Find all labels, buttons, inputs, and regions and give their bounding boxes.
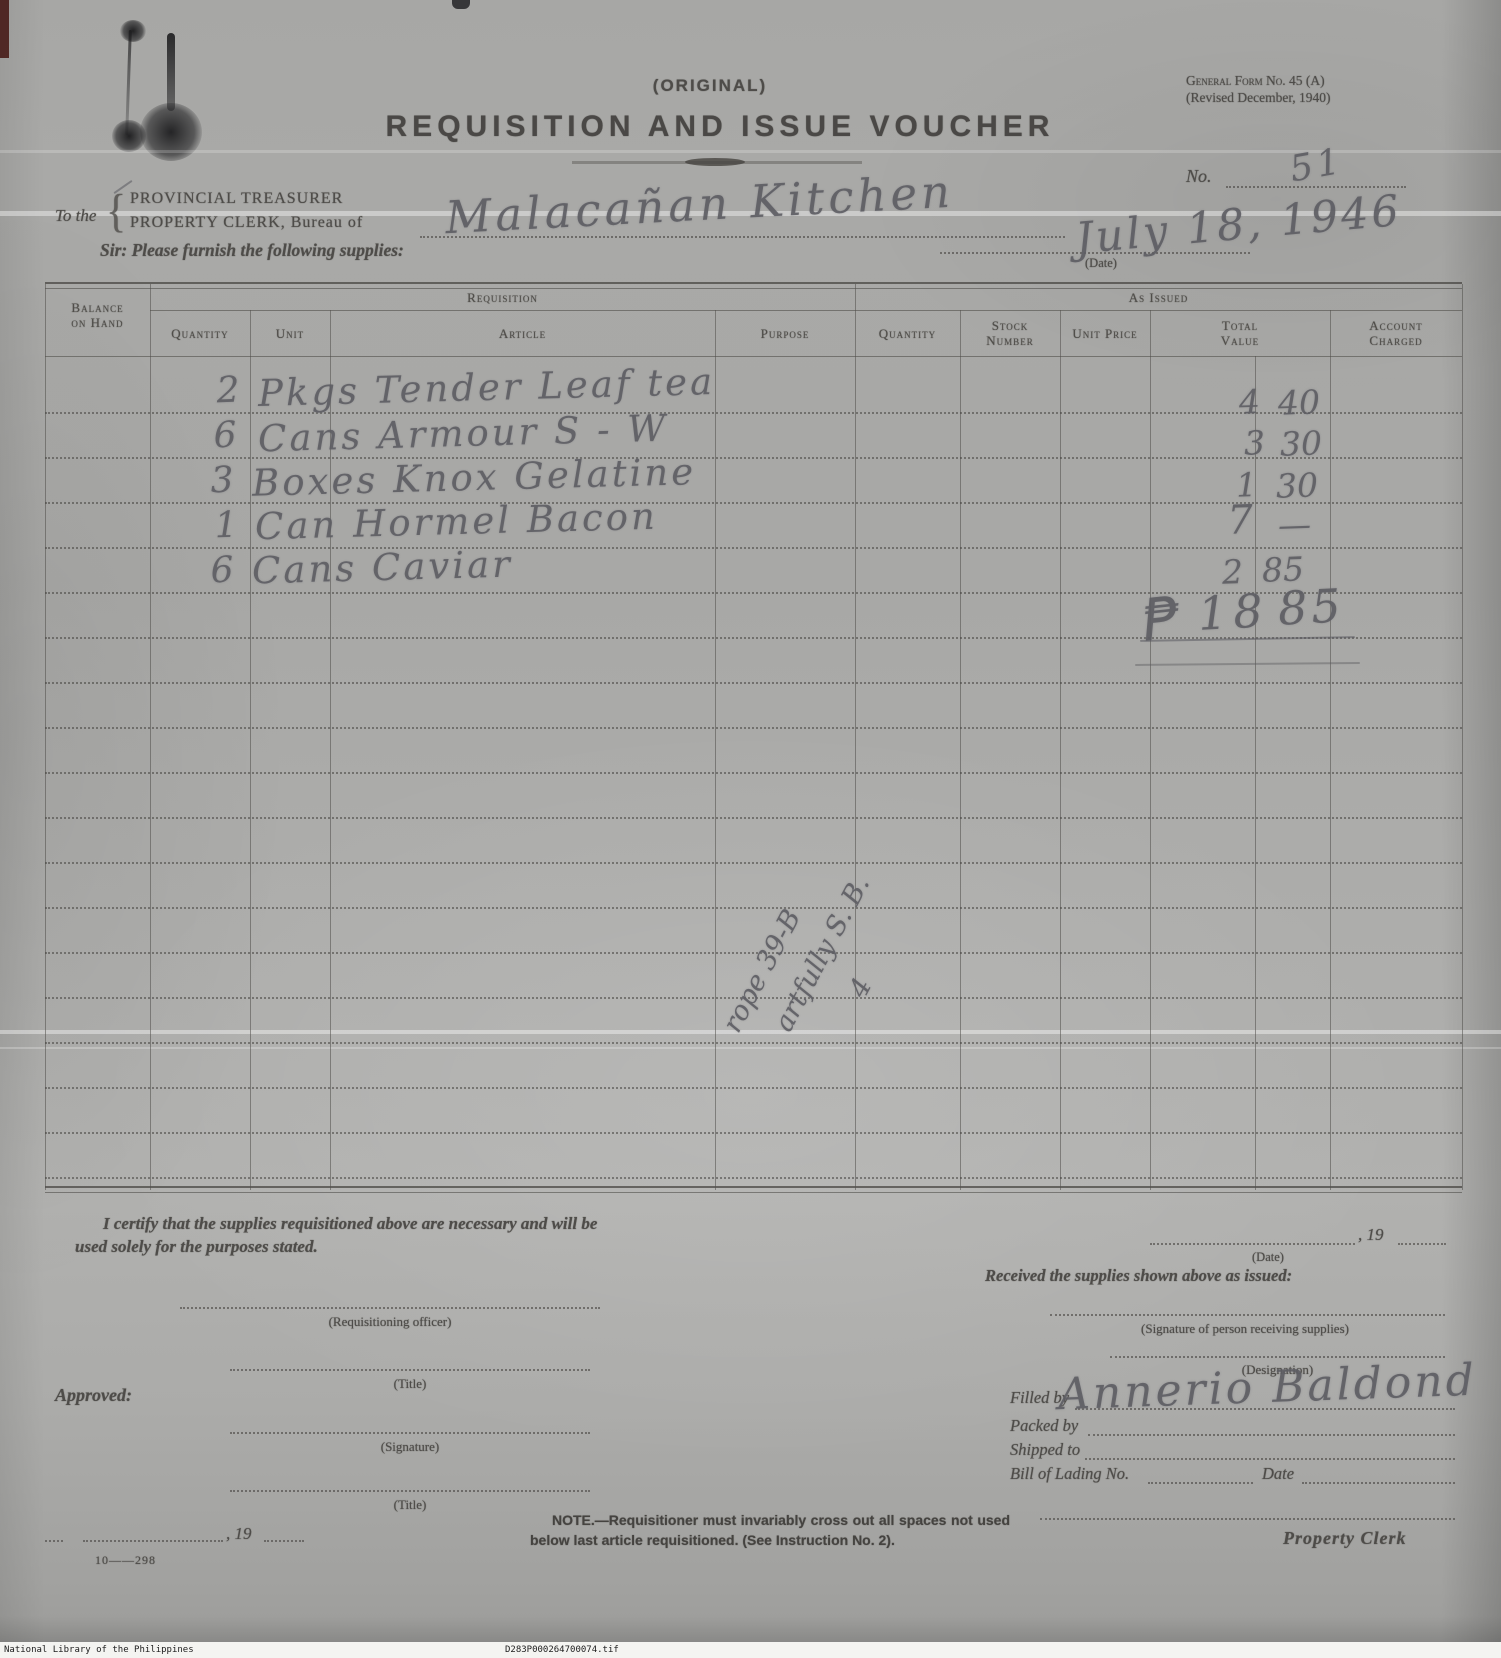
- packed-by-label: Packed by: [1010, 1416, 1078, 1436]
- group-as-issued: As Issued: [855, 290, 1462, 305]
- signature-label: (Signature): [230, 1439, 590, 1455]
- scanner-bar: National Library of the Philippines D283…: [0, 1642, 1501, 1658]
- col-balance-on-hand: Balance on Hand: [45, 300, 150, 330]
- copy-type-label: (ORIGINAL): [560, 76, 860, 96]
- row-rule: [45, 1132, 1462, 1134]
- col-account-charged: Account Charged: [1330, 318, 1462, 348]
- bill-date-line: [1302, 1482, 1455, 1484]
- addressee-line2: PROPERTY CLERK, Bureau of: [130, 214, 363, 232]
- col-stock-line2: Number: [960, 333, 1060, 348]
- item-quantity: 3: [191, 459, 252, 502]
- issue-date-year: , 19: [1358, 1225, 1384, 1245]
- row-rule: [45, 817, 1462, 819]
- col-unit: Unit: [250, 326, 330, 341]
- scanner-filename: D283P000264700074.tif: [505, 1645, 619, 1655]
- ink-streak: [167, 33, 175, 111]
- col-article: Article: [330, 326, 715, 341]
- left-year-dots-stray: [45, 1540, 63, 1542]
- table-vline: [1330, 310, 1331, 1190]
- col-total-line2: Value: [1150, 333, 1330, 348]
- note-text: NOTE.—Requisitioner must invariably cros…: [530, 1510, 1010, 1550]
- bill-of-lading-line: [1148, 1482, 1253, 1484]
- to-the-label: To the: [55, 206, 96, 226]
- diagonal-annotation: rope 39-B artfully S. B. 4: [650, 730, 990, 1120]
- row-rule: [45, 1177, 1462, 1179]
- no-label: No.: [1186, 166, 1212, 187]
- addressee-line1: PROVINCIAL TREASURER: [130, 190, 343, 208]
- table-vline: [715, 310, 716, 1190]
- item-quantity: 6: [191, 549, 252, 592]
- col-unit-price: Unit Price: [1060, 326, 1150, 341]
- property-clerk-label: Property Clerk: [1283, 1528, 1407, 1549]
- col-account-line2: Charged: [1330, 333, 1462, 348]
- total-currency-symbol: ₱: [1139, 583, 1183, 654]
- item-article: Can Hormel Bacon: [255, 495, 659, 549]
- received-text: Received the supplies shown above as iss…: [985, 1266, 1292, 1286]
- table-group-underline: [150, 310, 1462, 311]
- issue-date-year-dots: [1398, 1243, 1446, 1245]
- item-quantity: 1: [195, 504, 256, 547]
- scanned-voucher-page: (ORIGINAL) REQUISITION AND ISSUE VOUCHER…: [0, 0, 1501, 1658]
- requisitioning-officer-label: (Requisitioning officer): [180, 1314, 600, 1330]
- table-top-rule: [45, 282, 1462, 289]
- table-vline: [1150, 310, 1151, 1190]
- issue-date-label: (Date): [1252, 1250, 1284, 1265]
- item-quantity: 2: [197, 369, 258, 412]
- table-vline: [1462, 284, 1463, 1190]
- col-stock-line1: Stock: [960, 318, 1060, 333]
- table-header-underline: [45, 356, 1462, 357]
- title2-line: [230, 1490, 590, 1492]
- left-year-line: [83, 1540, 223, 1542]
- item-quantity: 6: [194, 414, 255, 457]
- col-account-line1: Account: [1330, 318, 1462, 333]
- scan-streak: [0, 150, 1501, 153]
- title1-label: (Title): [230, 1376, 590, 1392]
- table-vline: [960, 310, 961, 1190]
- voucher-number-value: 51: [1287, 141, 1347, 191]
- page-title: REQUISITION AND ISSUE VOUCHER: [300, 110, 1140, 144]
- certification-text: I certify that the supplies requisitione…: [75, 1212, 605, 1258]
- bill-date-label: Date: [1262, 1464, 1294, 1484]
- issue-date-dotted-line: [1150, 1243, 1355, 1245]
- item-total-pesos: 7: [1197, 497, 1254, 545]
- shipped-to-line: [1085, 1458, 1455, 1460]
- bill-of-lading-label: Bill of Lading No.: [1010, 1464, 1129, 1484]
- item-total-centavos: 30: [1279, 423, 1322, 463]
- row-rule: [45, 727, 1462, 729]
- form-code: 10——298: [95, 1553, 156, 1568]
- title1-line: [230, 1369, 590, 1371]
- bureau-value: Malacañan Kitchen: [444, 165, 955, 245]
- group-requisition: Requisition: [150, 290, 855, 305]
- item-article: Cans Caviar: [251, 543, 513, 593]
- table-vline: [1060, 310, 1061, 1190]
- scanner-library-label: National Library of the Philippines: [4, 1645, 194, 1655]
- col-balance-line1: Balance: [45, 300, 150, 315]
- col-quantity: Quantity: [150, 326, 250, 341]
- top-edge-ink-mark: [452, 0, 470, 9]
- row-rule: [45, 772, 1462, 774]
- receiving-signature-line: [1050, 1314, 1445, 1316]
- bottom-scan-edge: [0, 1616, 1501, 1642]
- shipped-to-label: Shipped to: [1010, 1440, 1080, 1460]
- col-purpose: Purpose: [715, 326, 855, 341]
- item-total-centavos: 40: [1277, 382, 1320, 422]
- property-clerk-line: [1040, 1518, 1455, 1520]
- total-underline-2: [1135, 662, 1360, 666]
- col-total-line1: Total: [1150, 318, 1330, 333]
- annotation-line3: 4: [843, 973, 878, 1003]
- table-vline: [150, 284, 151, 1190]
- col-balance-line2: on Hand: [45, 315, 150, 330]
- receiving-signature-label: (Signature of person receiving supplies): [1040, 1321, 1450, 1337]
- addressee-brace: {: [106, 186, 126, 239]
- red-edge-mark: [0, 0, 9, 58]
- row-rule: [45, 682, 1462, 684]
- item-total-centavos: 30: [1275, 465, 1318, 505]
- header-date-label: (Date): [1085, 256, 1117, 271]
- table-vline: [45, 284, 46, 1190]
- form-number-line1: General Form No. 45 (A): [1186, 72, 1331, 89]
- form-number-block: General Form No. 45 (A) (Revised Decembe…: [1186, 72, 1331, 106]
- item-total-centavos: —: [1277, 504, 1311, 544]
- signature-line: [230, 1432, 590, 1434]
- col-total-value: Total Value: [1150, 318, 1330, 348]
- approved-label: Approved:: [55, 1385, 132, 1406]
- left-year-label: , 19: [226, 1524, 252, 1544]
- packed-by-line: [1088, 1434, 1455, 1436]
- salutation: Sir: Please furnish the following suppli…: [100, 240, 404, 261]
- item-total-pesos: 3: [1209, 423, 1265, 464]
- left-year-trailing-dots: [264, 1540, 304, 1542]
- col-quantity-issued: Quantity: [855, 326, 960, 341]
- row-rule: [45, 1087, 1462, 1089]
- total-centavos: 85: [1277, 578, 1346, 635]
- form-number-line2: (Revised December, 1940): [1186, 89, 1331, 106]
- ink-blot-small-top: [120, 20, 146, 42]
- requisitioning-officer-line: [180, 1307, 600, 1309]
- table-bottom-rule: [45, 1186, 1462, 1193]
- title-divider-ornament: [685, 158, 745, 166]
- col-stock-number: Stock Number: [960, 318, 1060, 348]
- item-total-pesos: 4: [1204, 382, 1260, 423]
- total-pesos: 18: [1197, 583, 1270, 641]
